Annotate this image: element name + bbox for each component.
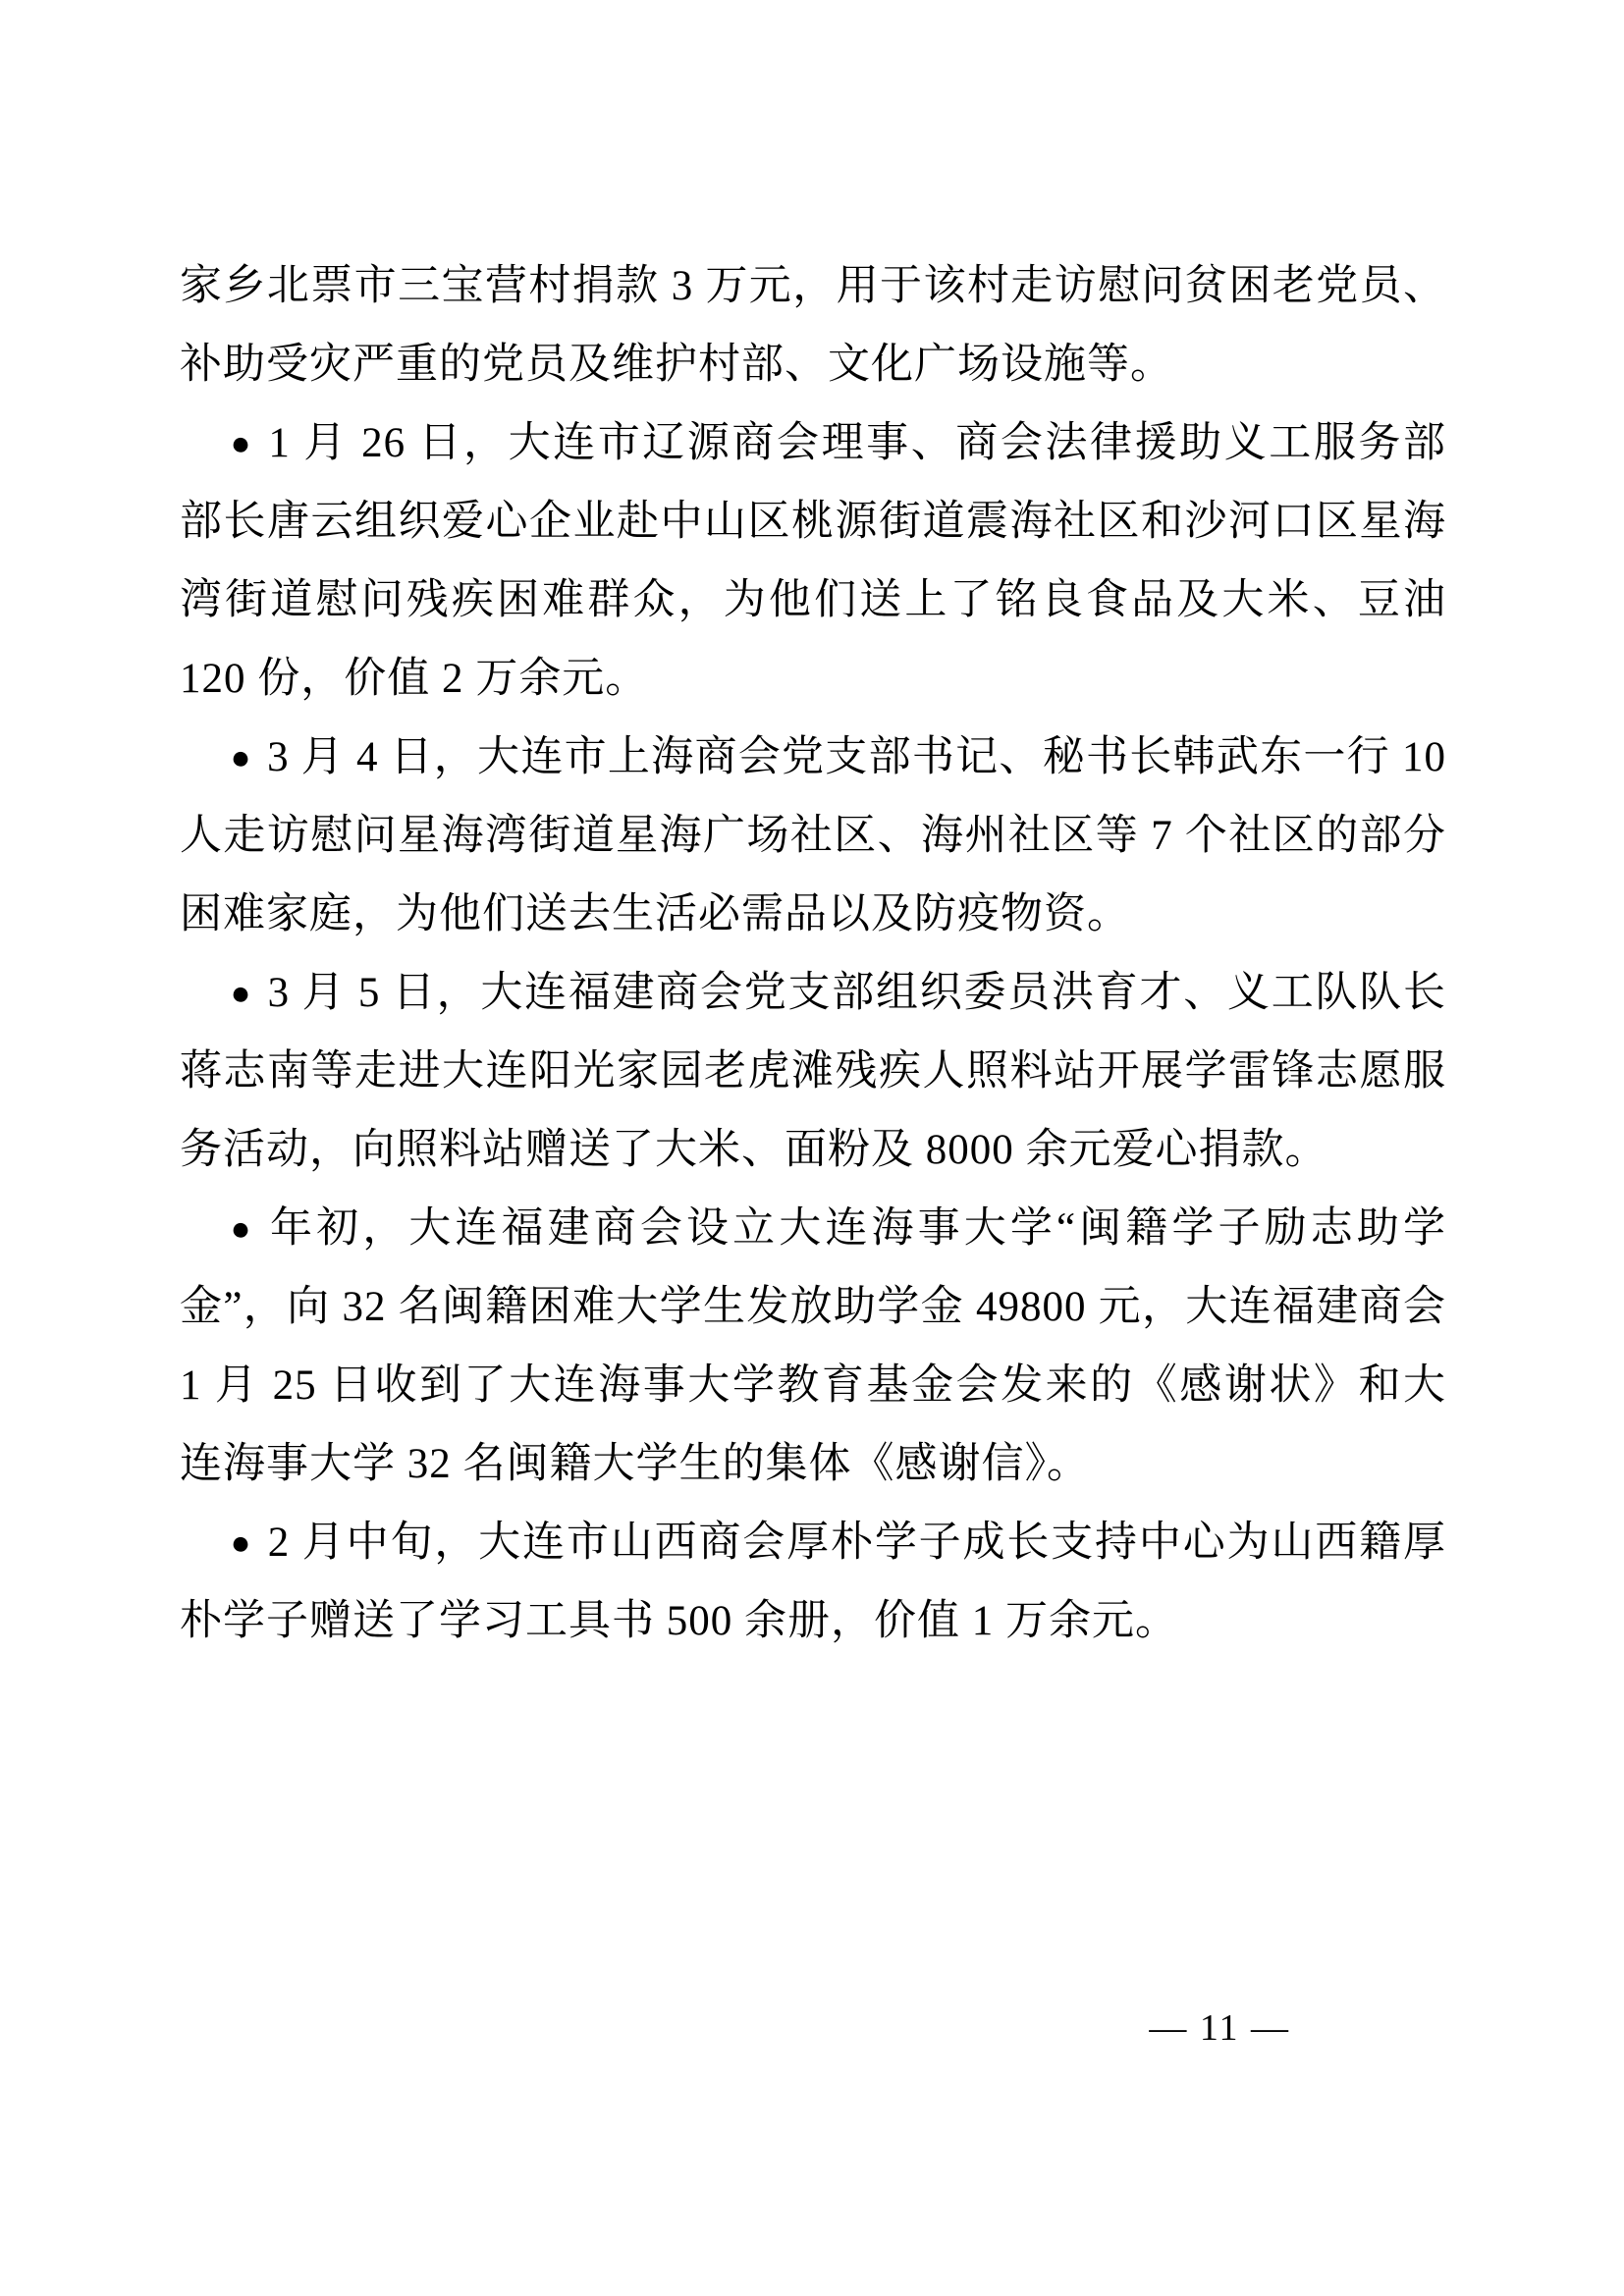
page-number: — 11 — xyxy=(1149,2004,1290,2052)
bullet-icon: ● xyxy=(231,975,268,1012)
paragraph: ●3 月 4 日，大连市上海商会党支部书记、秘书长韩武东一行 10 人走访慰问星… xyxy=(180,719,1446,954)
paragraph-text: 3 月 5 日，大连福建商会党支部组织委员洪育才、义工队队长蒋志南等走进大连阳光… xyxy=(180,970,1446,1173)
bullet-icon: ● xyxy=(231,1524,268,1562)
bullet-icon: ● xyxy=(231,1210,270,1248)
paragraph-text: 家乡北票市三宝营村捐款 3 万元，用于该村走访慰问贫困老党员、补助受灾严重的党员… xyxy=(180,263,1446,388)
document-page: 家乡北票市三宝营村捐款 3 万元，用于该村走访慰问贫困老党员、补助受灾严重的党员… xyxy=(0,0,1624,2296)
paragraph-text: 3 月 4 日，大连市上海商会党支部书记、秘书长韩武东一行 10 人走访慰问星海… xyxy=(180,734,1446,937)
paragraph-continuation: 家乡北票市三宝营村捐款 3 万元，用于该村走访慰问贫困老党员、补助受灾严重的党员… xyxy=(180,247,1446,404)
paragraph: ●1 月 26 日，大连市辽源商会理事、商会法律援助义工服务部部长唐云组织爱心企… xyxy=(180,404,1446,719)
paragraph-text: 年初，大连福建商会设立大连海事大学“闽籍学子励志助学金”，向 32 名闽籍困难大… xyxy=(180,1205,1446,1487)
bullet-icon: ● xyxy=(231,425,269,462)
paragraph: ●年初，大连福建商会设立大连海事大学“闽籍学子励志助学金”，向 32 名闽籍困难… xyxy=(180,1190,1446,1504)
paragraph-text: 2 月中旬，大连市山西商会厚朴学子成长支持中心为山西籍厚朴学子赠送了学习工具书 … xyxy=(180,1520,1446,1644)
paragraph: ●3 月 5 日，大连福建商会党支部组织委员洪育才、义工队队长蒋志南等走进大连阳… xyxy=(180,954,1446,1190)
document-body: 家乡北票市三宝营村捐款 3 万元，用于该村走访慰问贫困老党员、补助受灾严重的党员… xyxy=(180,247,1446,1661)
paragraph-text: 1 月 26 日，大连市辽源商会理事、商会法律援助义工服务部部长唐云组织爱心企业… xyxy=(180,420,1446,702)
bullet-icon: ● xyxy=(231,739,268,776)
paragraph: ●2 月中旬，大连市山西商会厚朴学子成长支持中心为山西籍厚朴学子赠送了学习工具书… xyxy=(180,1504,1446,1661)
